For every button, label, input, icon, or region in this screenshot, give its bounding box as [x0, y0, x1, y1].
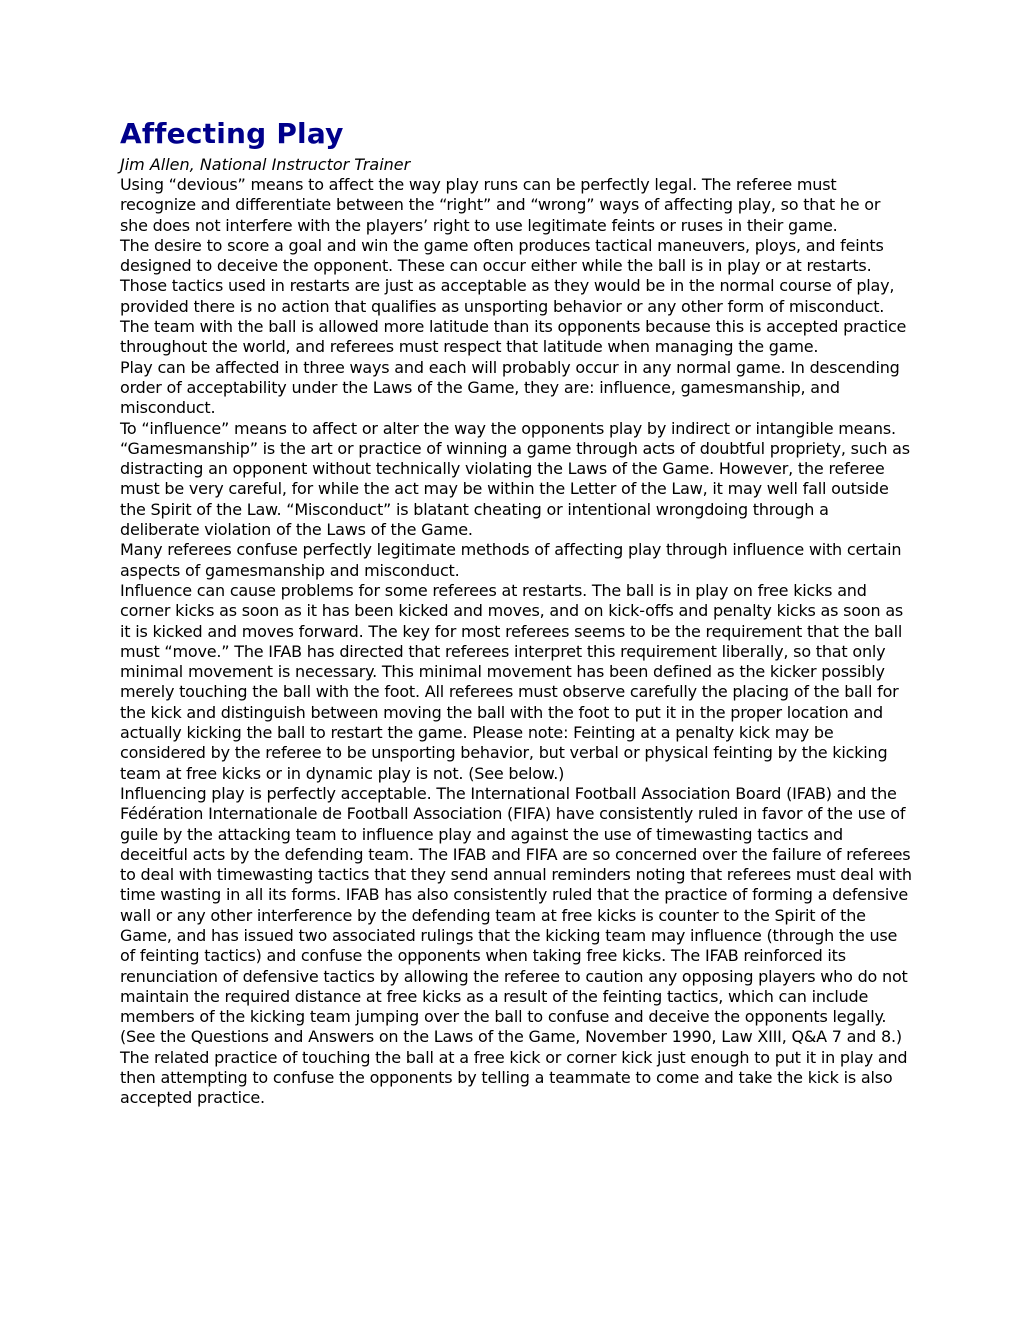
document-page: Affecting Play Jim Allen, National Instr…: [120, 116, 912, 1109]
document-byline: Jim Allen, National Instructor Trainer: [120, 154, 912, 175]
document-body: Using “devious” means to affect the way …: [120, 175, 912, 1109]
paragraph: Influence can cause problems for some re…: [120, 581, 912, 784]
paragraph: The desire to score a goal and win the g…: [120, 236, 912, 358]
paragraph: To “influence” means to affect or alter …: [120, 419, 912, 541]
paragraph: Many referees confuse perfectly legitima…: [120, 540, 912, 581]
paragraph: Play can be affected in three ways and e…: [120, 358, 912, 419]
paragraph: Influencing play is perfectly acceptable…: [120, 784, 912, 1109]
document-title: Affecting Play: [120, 116, 912, 152]
paragraph: Using “devious” means to affect the way …: [120, 175, 912, 236]
